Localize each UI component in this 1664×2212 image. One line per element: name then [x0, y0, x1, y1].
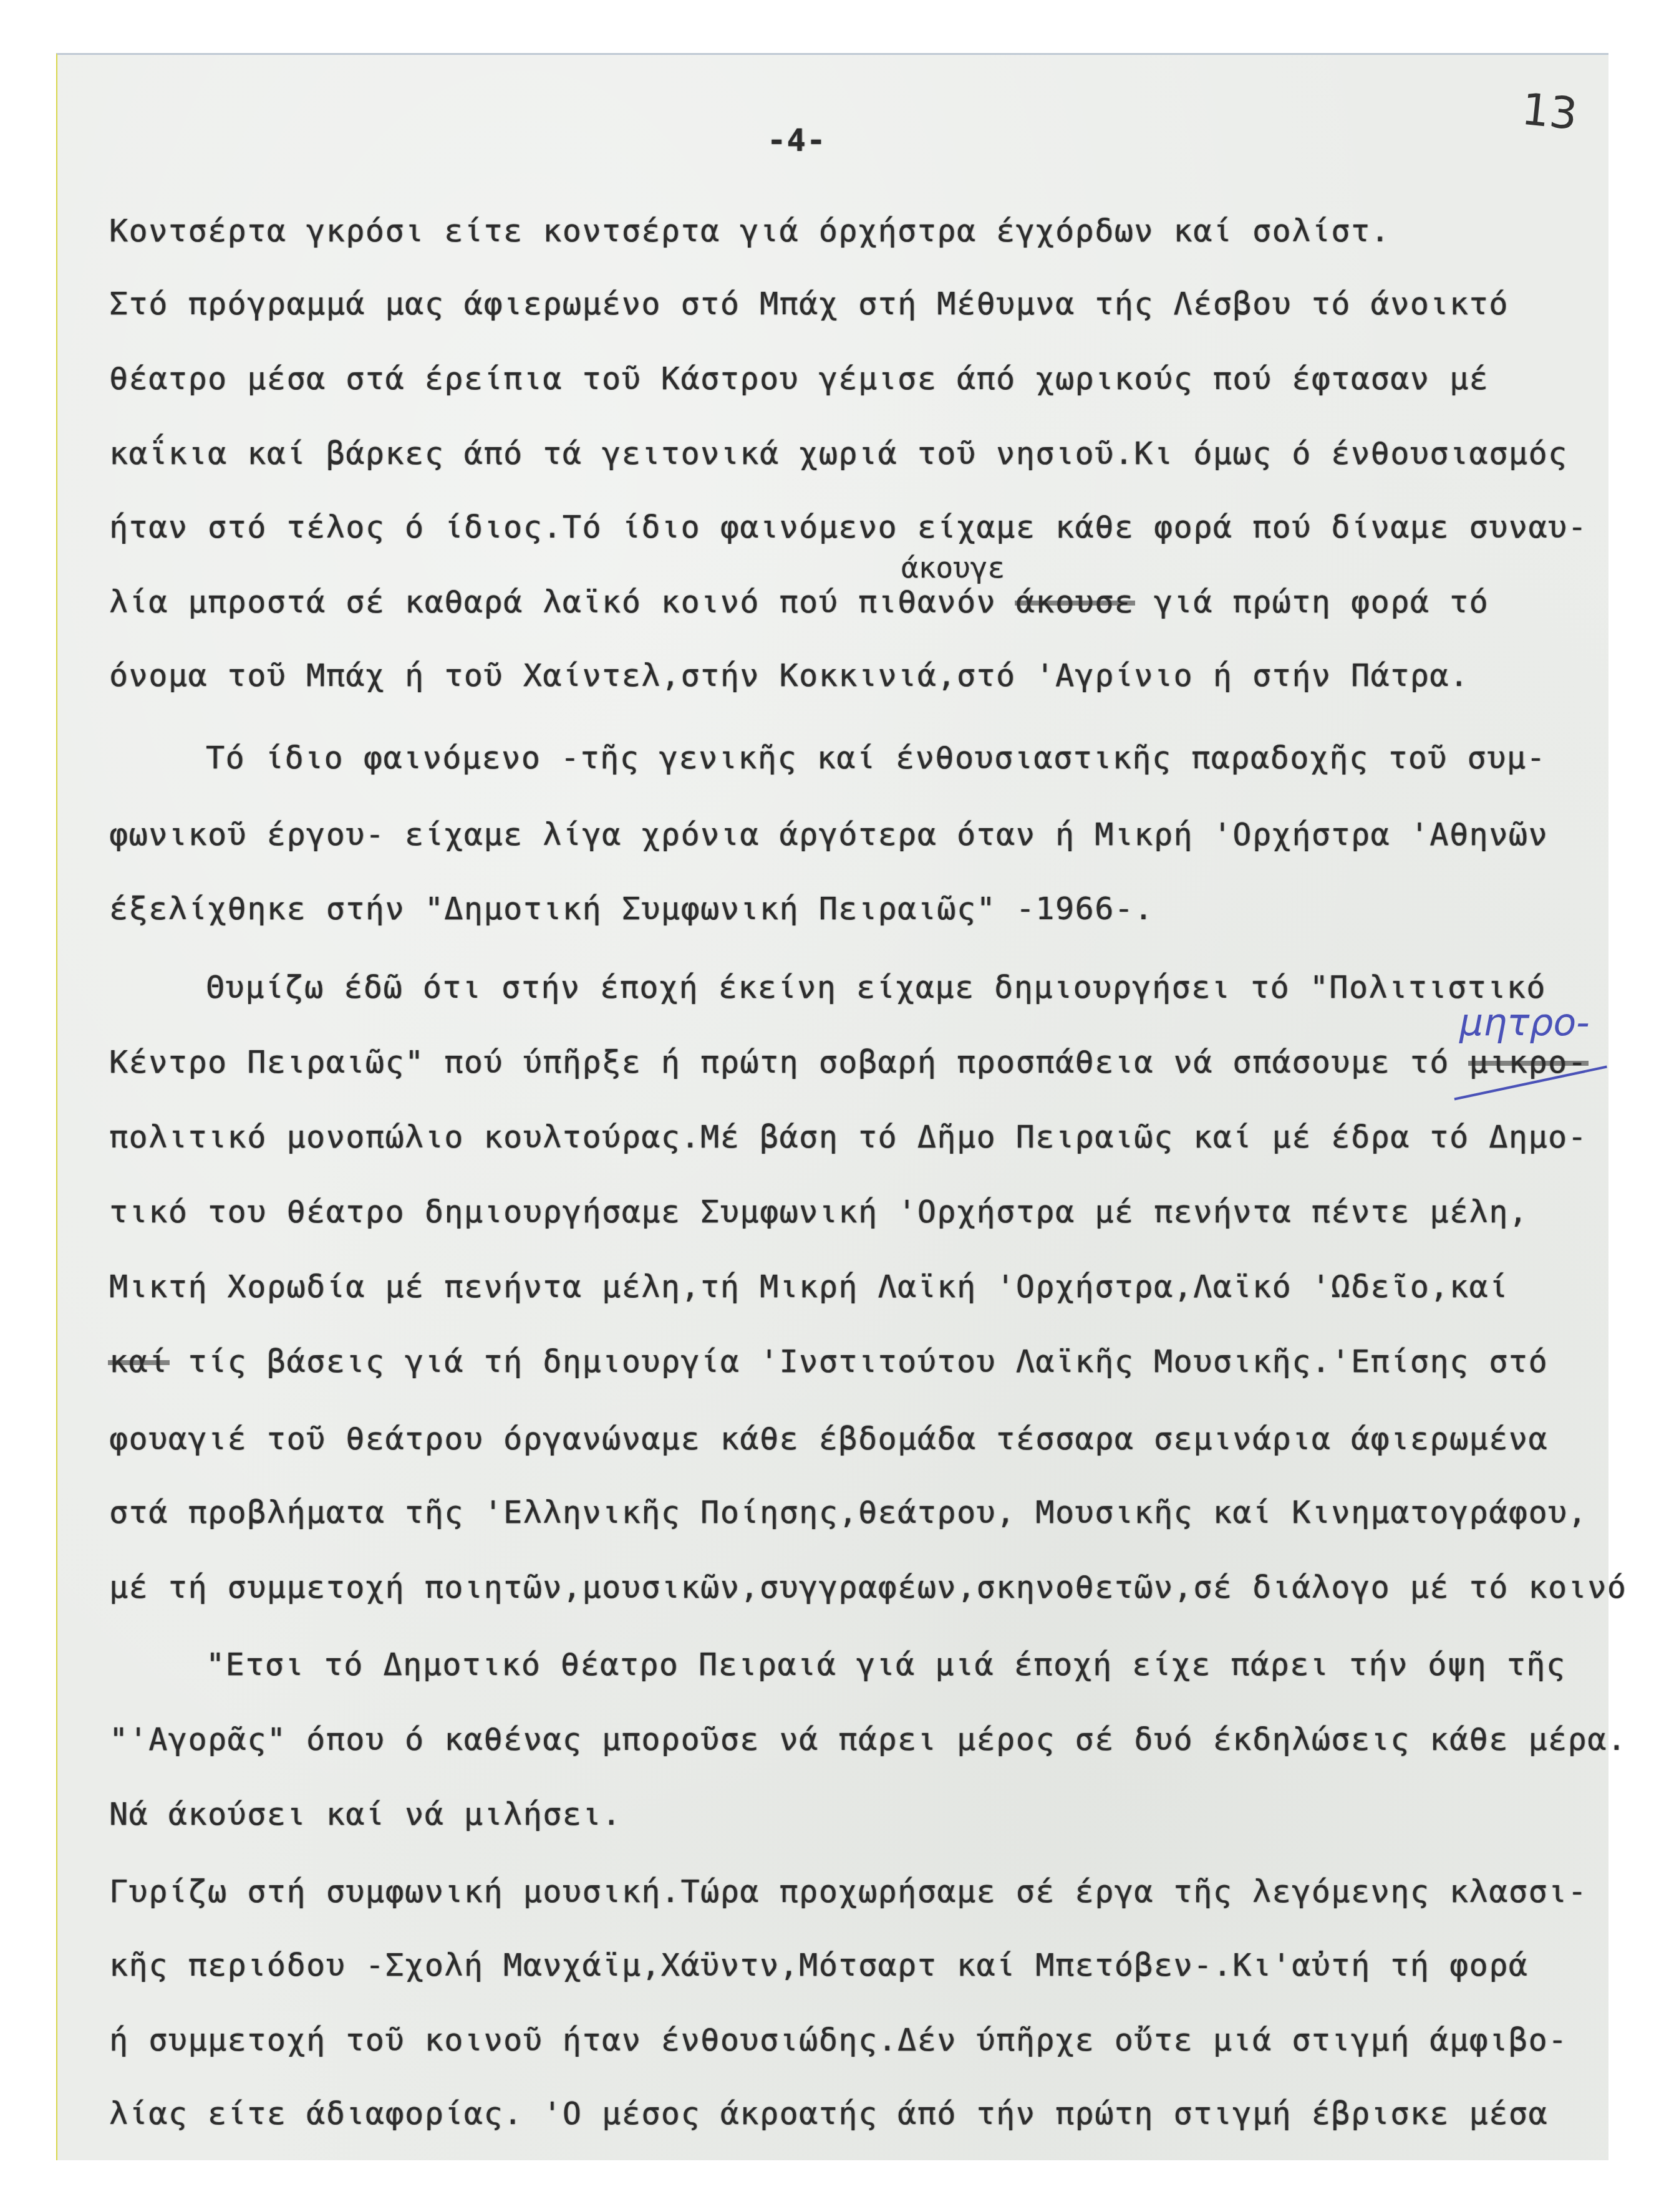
- struck-word: άκουσε: [1016, 586, 1134, 617]
- text-line: Θυμίζω έδῶ ότι στήν έποχή έκείνη είχαμε …: [206, 972, 1546, 1003]
- text-line: φουαγιέ τοῦ θεάτρου όργανώναμε κάθε έβδο…: [109, 1423, 1548, 1454]
- text-line: λία μπροστά σέ καθαρά λαϊκό κοινό πού πι…: [109, 586, 1489, 617]
- text-line: τικό του θέατρο δημιουργήσαμε Συμφωνική …: [109, 1196, 1528, 1227]
- text-line: Κέντρο Πειραιῶς" πού ύπῆρξε ή πρώτη σοβα…: [109, 1046, 1587, 1078]
- typed-insertion-above-line: άκουγε: [901, 551, 1005, 584]
- text-line: Κοντσέρτα γκρόσι είτε κοντσέρτα γιά όρχή…: [109, 215, 1390, 246]
- text-line: θέατρο μέσα στά έρείπια τοῦ Κάστρου γέμι…: [109, 363, 1489, 394]
- text-line: μέ τή συμμετοχή ποιητῶν,μουσικῶν,συγγραφ…: [109, 1572, 1627, 1603]
- text-line: "'Αγορᾶς" όπου ό καθένας μποροῦσε νά πάρ…: [109, 1724, 1627, 1755]
- text-line: έξελίχθηκε στήν "Δημοτική Συμφωνική Πειρ…: [109, 893, 1154, 924]
- page-number-header: -4-: [767, 125, 826, 156]
- text-line: Γυρίζω στή συμφωνική μουσική.Τώρα προχωρ…: [109, 1876, 1587, 1907]
- text-line: καΐκια καί βάρκες άπό τά γειτονικά χωριά…: [109, 438, 1568, 469]
- text-line: "Ετσι τό Δημοτικό θέατρο Πειραιά γιά μιά…: [206, 1649, 1566, 1680]
- handwritten-margin-correction: μητρο-: [1459, 1001, 1590, 1045]
- text-line: Μικτή Χορωδία μέ πενήντα μέλη,τή Μικρή Λ…: [109, 1271, 1509, 1302]
- text-line: όνομα τοῦ Μπάχ ή τοῦ Χαίντελ,στήν Κοκκιν…: [109, 660, 1469, 691]
- text-line: κῆς περιόδου -Σχολή Μανχάϊμ,Χάϋντν,Μότσα…: [109, 1949, 1528, 1981]
- text-line: ή συμμετοχή τοῦ κοινοῦ ήταν ένθουσιώδης.…: [109, 2024, 1568, 2055]
- struck-word: καί: [109, 1346, 168, 1377]
- text-line: φωνικοῦ έργου- είχαμε λίγα χρόνια άργότε…: [109, 819, 1548, 850]
- text-line: ήταν στό τέλος ό ίδιος.Τό ίδιο φαινόμενο…: [109, 511, 1587, 543]
- text-line: καί τίς βάσεις γιά τή δημιουργία 'Ινστιτ…: [109, 1346, 1548, 1377]
- text-line: πολιτικό μονοπώλιο κουλτούρας.Μέ βάση τό…: [109, 1121, 1587, 1152]
- text-line: στά προβλήματα τῆς 'Ελληνικῆς Ποίησης,θε…: [109, 1497, 1587, 1528]
- text-line: Τό ίδιο φαινόμενο -τῆς γενικῆς καί ένθου…: [206, 742, 1546, 773]
- handwritten-folio-number: 13: [1519, 84, 1580, 140]
- text-line: Στό πρόγραμμά μας άφιερωμένο στό Μπάχ στ…: [109, 288, 1509, 319]
- text-line: Νά άκούσει καί νά μιλήσει.: [109, 1799, 622, 1830]
- text-line: λίας είτε άδιαφορίας. 'Ο μέσος άκροατής …: [109, 2098, 1548, 2129]
